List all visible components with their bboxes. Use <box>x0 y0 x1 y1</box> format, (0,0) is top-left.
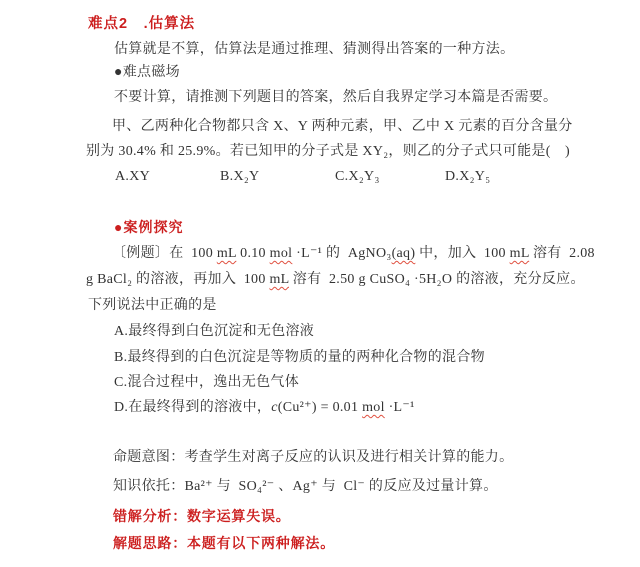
difficulty-option-c: C.X₂Y₃ <box>335 168 380 186</box>
text-segment: 〔例题〕在 100 <box>112 246 217 261</box>
solution-idea-line: 解题思路：本题有以下两种解法。 <box>113 535 335 553</box>
example-problem-line-1: 〔例题〕在 100 mL 0.10 mol ·L⁻¹ 的 AgNO₃(aq) 中… <box>112 245 595 263</box>
difficulty-prompt: 不要计算，请推测下列题目的答案，然后自我界定学习本篇是否需要。 <box>114 89 557 107</box>
spellcheck-underlined-text: mL <box>217 246 237 261</box>
text-segment: 溶有 2.08 <box>529 246 595 261</box>
intro-paragraph: 估算就是不算，估算法是通过推理、猜测得出答案的一种方法。 <box>114 41 514 59</box>
example-question-stem: 下列说法中正确的是 <box>88 297 217 315</box>
difficulty-option-b: B.X₂Y <box>220 168 259 186</box>
text-segment: ·L⁻¹ 的 AgNO₃ <box>292 246 391 261</box>
example-problem-line-2: g BaCl₂ 的溶液，再加入 100 mL 溶有 2.50 g CuSO₄ ·… <box>86 271 585 289</box>
text-segment: ·L⁻¹ <box>385 400 415 415</box>
text-segment: 中，加入 100 <box>415 246 509 261</box>
knowledge-basis-line: 知识依托：Ba²⁺ 与 SO₄²⁻ 、Ag⁺ 与 Cl⁻ 的反应及过量计算。 <box>113 478 498 496</box>
text-segment: (Cu²⁺) = 0.01 <box>278 400 362 415</box>
difficulty-option-a: A.XY <box>115 168 150 186</box>
case-option-c: C.混合过程中，逸出无色气体 <box>114 374 299 392</box>
case-option-a: A.最终得到白色沉淀和无色溶液 <box>114 323 314 341</box>
spellcheck-underlined-text: mL <box>269 272 289 287</box>
spellcheck-underlined-text: mol <box>362 400 385 415</box>
spellcheck-underlined-text: (aq) <box>392 246 416 261</box>
intent-line: 命题意图：考查学生对离子反应的认识及进行相关计算的能力。 <box>113 449 513 467</box>
case-option-b: B.最终得到的白色沉淀是等物质的量的两种化合物的混合物 <box>114 349 485 367</box>
section-heading-difficulty-field: ●难点磁场 <box>114 64 180 82</box>
document-page: 难点2 .估算法 估算就是不算，估算法是通过推理、猜测得出答案的一种方法。 ●难… <box>0 0 640 567</box>
case-option-d: D.在最终得到的溶液中，c(Cu²⁺) = 0.01 mol ·L⁻¹ <box>114 399 415 417</box>
text-segment: g BaCl₂ 的溶液，再加入 100 <box>86 272 269 287</box>
spellcheck-underlined-text: mol <box>270 246 293 261</box>
difficulty-option-d: D.X₂Y₅ <box>445 168 490 186</box>
text-segment: 0.10 <box>236 246 269 261</box>
spellcheck-underlined-text: mL <box>510 246 530 261</box>
difficulty-question-line-2: 别为 30.4% 和 25.9%。若已知甲的分子式是 XY₂，则乙的分子式只可能… <box>86 143 570 161</box>
text-segment: D.在最终得到的溶液中， <box>114 400 271 415</box>
difficulty-question-line-1: 甲、乙两种化合物都只含 X、Y 两种元素，甲、乙中 X 元素的百分含量分 <box>112 118 573 136</box>
text-segment: 溶有 2.50 g CuSO₄ ·5H₂O 的溶液，充分反应。 <box>289 272 585 287</box>
error-analysis-line: 错解分析：数字运算失误。 <box>113 508 291 526</box>
section-heading-case-study: ●案例探究 <box>114 219 183 237</box>
page-title: 难点2 .估算法 <box>88 15 195 33</box>
